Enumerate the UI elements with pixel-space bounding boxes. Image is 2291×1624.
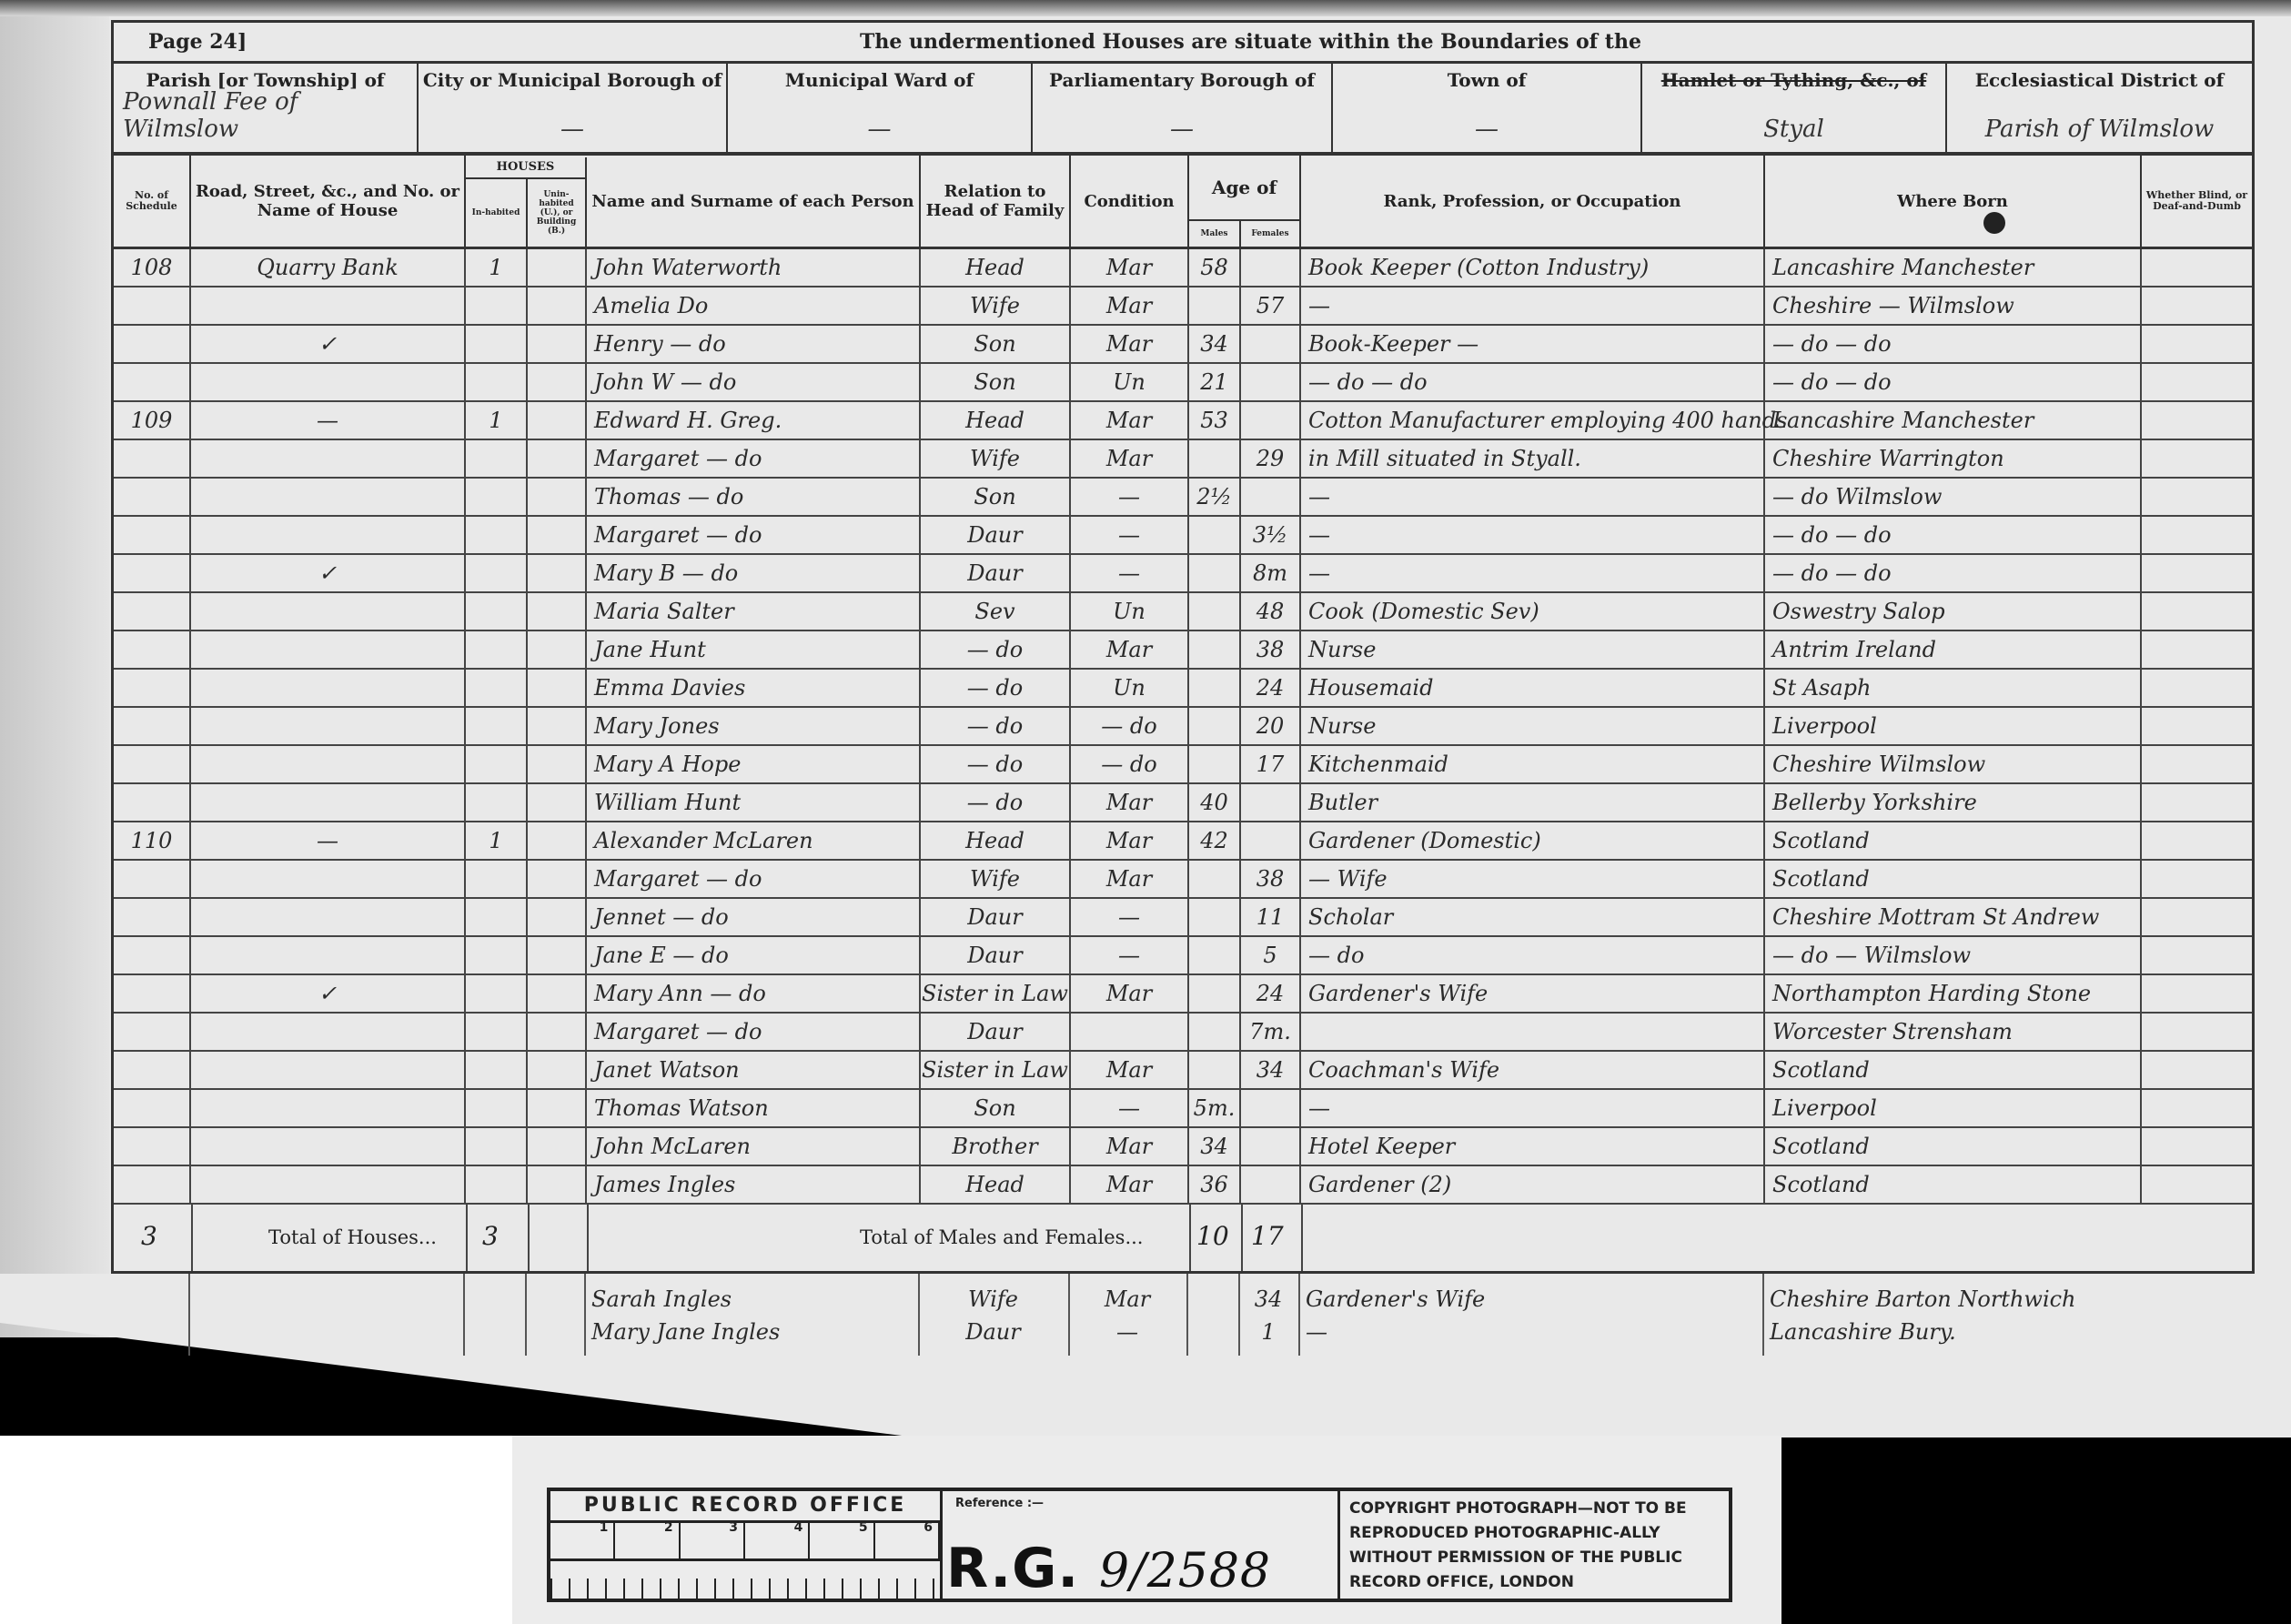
cell-born: Liverpool: [1765, 1090, 2142, 1126]
table-row: Thomas — doSon—2½—— do Wilmslow: [114, 479, 2252, 517]
cell-name: Mary B — do: [587, 555, 921, 591]
cell-schedule: [114, 1166, 191, 1203]
cell-road: [191, 708, 466, 744]
cell-born: — do — do: [1765, 555, 2142, 591]
office-name: PUBLIC RECORD OFFICE: [550, 1491, 943, 1523]
table-row: Emma Davies— doUn24HousemaidSt Asaph: [114, 670, 2252, 708]
cell-inhabited: [466, 440, 528, 477]
cell-inhabited: [466, 1014, 528, 1050]
cell-inhabited: [466, 937, 528, 973]
cell-name: Mary Jane Ingles: [584, 1314, 918, 1350]
cell-born: Antrim Ireland: [1765, 631, 2142, 668]
cell-occupation: Gardener (Domestic): [1301, 822, 1765, 859]
cell-male-age: [1189, 975, 1241, 1012]
blank-area: [0, 1436, 514, 1624]
cell-inhabited: [466, 1166, 528, 1203]
cell-relation: Sister in Law: [921, 975, 1071, 1012]
cell-male-age: [1189, 440, 1241, 477]
cell-road: [191, 364, 466, 400]
table-row: ✓Mary Ann — doSister in LawMar24Gardener…: [114, 975, 2252, 1014]
borough-value: —: [428, 116, 717, 143]
cell-condition: Mar: [1071, 287, 1189, 324]
cell-uninhabited: [528, 479, 587, 515]
cell-inhabited: [466, 861, 528, 897]
column-header-row: No. of Schedule Road, Street, &c., and N…: [114, 156, 2252, 249]
cell-female-age: [1241, 1090, 1301, 1126]
cell-male-age: [1189, 1052, 1241, 1088]
cell-female-age: 3½: [1241, 517, 1301, 553]
cell-name: Edward H. Greg.: [587, 402, 921, 439]
cell-uninhabited: [528, 746, 587, 782]
cell-male-age: 5m.: [1189, 1090, 1241, 1126]
town-label: Town of: [1333, 70, 1640, 90]
cell-condition: —: [1068, 1314, 1186, 1350]
cell-female-age: 48: [1241, 593, 1301, 630]
cell-uninhabited: [528, 670, 587, 706]
table-row: Margaret — doWifeMar38— WifeScotland: [114, 861, 2252, 899]
cell-condition: Mar: [1071, 784, 1189, 821]
town-cell: Town of —: [1333, 61, 1642, 152]
cell-condition: Mar: [1071, 1052, 1189, 1088]
cell-male-age: 36: [1189, 1166, 1241, 1203]
cell-relation: Daur: [918, 1314, 1068, 1350]
cell-condition: Mar: [1071, 1166, 1189, 1203]
cell-born: Cheshire — Wilmslow: [1765, 287, 2142, 324]
cell-condition: —: [1071, 899, 1189, 935]
column-rule: [188, 1274, 190, 1356]
col-schedule: No. of Schedule: [114, 156, 191, 247]
cell-female-age: [1241, 1166, 1301, 1203]
cell-male-age: 2½: [1189, 479, 1241, 515]
cell-born: Scotland: [1765, 1166, 2142, 1203]
cell-uninhabited: [528, 631, 587, 668]
cell-schedule: [114, 631, 191, 668]
cell-relation: Son: [921, 1090, 1071, 1126]
cell-name: James Ingles: [587, 1166, 921, 1203]
females-total: 17: [1251, 1221, 1284, 1251]
cell-born: Scotland: [1765, 1128, 2142, 1165]
cell-schedule: [114, 440, 191, 477]
cell-condition: Mar: [1071, 861, 1189, 897]
cell-name: Jane E — do: [587, 937, 921, 973]
cell-relation: Son: [921, 479, 1071, 515]
cell-blind: [2142, 1166, 2252, 1203]
cell-uninhabited: [528, 822, 587, 859]
reference-value: R.G. 9/2588: [946, 1537, 1271, 1600]
cell-occupation: —: [1298, 1314, 1762, 1350]
cell-inhabited: [466, 708, 528, 744]
table-row: Margaret — doWifeMar29in Mill situated i…: [114, 440, 2252, 479]
col-males: Males: [1189, 221, 1241, 247]
cell-name: John Waterworth: [587, 249, 921, 286]
cell-road: [191, 937, 466, 973]
col-occupation: Rank, Profession, or Occupation: [1301, 156, 1765, 247]
cell-occupation: Book-Keeper —: [1301, 326, 1765, 362]
cell-male-age: 34: [1189, 1128, 1241, 1165]
cell-female-age: 11: [1241, 899, 1301, 935]
cell-blind: [2142, 1014, 2252, 1050]
cell-female-age: 57: [1241, 287, 1301, 324]
cell-blind: [2142, 861, 2252, 897]
cell-born: Liverpool: [1765, 708, 2142, 744]
cell-occupation: —: [1301, 1090, 1765, 1126]
table-row: Mary Jones— do— do20NurseLiverpool: [114, 708, 2252, 746]
cell-occupation: Cotton Manufacturer employing 400 hands: [1301, 402, 1765, 439]
col-blind: Whether Blind, or Deaf-and-Dumb: [2142, 156, 2252, 247]
cell-relation: — do: [921, 670, 1071, 706]
cell-uninhabited: [528, 975, 587, 1012]
cell-road: [191, 440, 466, 477]
cell-female-age: [1241, 822, 1301, 859]
cell-inhabited: 1: [466, 402, 528, 439]
cell-road: [191, 670, 466, 706]
cell-male-age: [1189, 708, 1241, 744]
table-row: Margaret — doDaur7m.Worcester Strensham: [114, 1014, 2252, 1052]
column-rule: [1298, 1274, 1300, 1356]
cell-female-age: [1241, 326, 1301, 362]
cell-relation: Daur: [921, 937, 1071, 973]
cell-male-age: 42: [1189, 822, 1241, 859]
cell-occupation: — Wife: [1301, 861, 1765, 897]
borough-cell: City or Municipal Borough of —: [419, 61, 728, 152]
cell-female-age: [1241, 479, 1301, 515]
ward-cell: Municipal Ward of —: [728, 61, 1033, 152]
cell-male-age: [1189, 555, 1241, 591]
cell-name: Alexander McLaren: [587, 822, 921, 859]
cell-schedule: [114, 555, 191, 591]
cell-blind: [2142, 593, 2252, 630]
cell-schedule: [114, 899, 191, 935]
cell-road: [191, 1014, 466, 1050]
cell-occupation: Nurse: [1301, 708, 1765, 744]
col-condition: Condition: [1071, 156, 1189, 247]
cell-relation: Head: [921, 822, 1071, 859]
cell-inhabited: [466, 517, 528, 553]
cell-female-age: 20: [1241, 708, 1301, 744]
cell-blind: [2142, 440, 2252, 477]
cell-name: Margaret — do: [587, 861, 921, 897]
cell-relation: Head: [921, 1166, 1071, 1203]
col-road: Road, Street, &c., and No. or Name of Ho…: [191, 156, 466, 247]
cell-blind: [2142, 249, 2252, 286]
cell-schedule: [114, 861, 191, 897]
cell-road: [191, 784, 466, 821]
totals-row: 3 Total of Houses... 3 Total of Males an…: [114, 1205, 2252, 1271]
cell-uninhabited: [528, 364, 587, 400]
cell-male-age: [1189, 861, 1241, 897]
cell-born: Lancashire Bury.: [1762, 1314, 2139, 1350]
cell-occupation: Hotel Keeper: [1301, 1128, 1765, 1165]
table-row: Margaret — doDaur—3½—— do — do: [114, 517, 2252, 555]
cell-name: Margaret — do: [587, 517, 921, 553]
cell-name: John W — do: [587, 364, 921, 400]
cell-male-age: [1189, 631, 1241, 668]
table-row: Jennet — doDaur—11ScholarCheshire Mottra…: [114, 899, 2252, 937]
table-row: John W — doSonUn21— do — do— do — do: [114, 364, 2252, 402]
cell-born: — do — do: [1765, 517, 2142, 553]
cell-female-age: 34: [1238, 1281, 1298, 1317]
cell-inhabited: [466, 975, 528, 1012]
cell-occupation: Housemaid: [1301, 670, 1765, 706]
cell-female-age: 1: [1238, 1314, 1298, 1350]
cell-occupation: Gardener (2): [1301, 1166, 1765, 1203]
cell-occupation: — do: [1301, 937, 1765, 973]
cell-blind: [2142, 402, 2252, 439]
cell-name: John McLaren: [587, 1128, 921, 1165]
cell-blind: [2142, 364, 2252, 400]
cell-male-age: [1186, 1314, 1238, 1350]
col-inhabited: In-habited: [466, 179, 528, 247]
cell-relation: Head: [921, 249, 1071, 286]
cell-inhabited: [466, 631, 528, 668]
column-rule: [584, 1274, 586, 1356]
cell-occupation: Gardener's Wife: [1301, 975, 1765, 1012]
table-row: William Hunt— doMar40ButlerBellerby York…: [114, 784, 2252, 822]
cell-female-age: [1241, 784, 1301, 821]
cell-uninhabited: [528, 517, 587, 553]
parish-value: Pownall Fee of Wilmslow: [123, 88, 408, 143]
cell-occupation: — do — do: [1301, 364, 1765, 400]
cell-female-age: 24: [1241, 670, 1301, 706]
cell-female-age: [1241, 364, 1301, 400]
cell-inhabited: [466, 1128, 528, 1165]
cell-condition: Mar: [1071, 1128, 1189, 1165]
cell-born: Lancashire Manchester: [1765, 402, 2142, 439]
cell-inhabited: [466, 1090, 528, 1126]
public-record-office-stamp: PUBLIC RECORD OFFICE 1 2 3 4 5 6 Referen…: [512, 1436, 1781, 1624]
cell-schedule: [114, 1090, 191, 1126]
place-header-row: Parish [or Township] of Pownall Fee of W…: [114, 61, 2252, 156]
cell-uninhabited: [528, 326, 587, 362]
stamp-frame: PUBLIC RECORD OFFICE 1 2 3 4 5 6 Referen…: [547, 1488, 1732, 1602]
cell-male-age: [1189, 1014, 1241, 1050]
cell-born: Worcester Strensham: [1765, 1014, 2142, 1050]
cell-occupation: Butler: [1301, 784, 1765, 821]
ruler-ticks: [550, 1558, 943, 1599]
parliamentary-label: Parliamentary Borough of: [1033, 70, 1331, 90]
parish-cell: Parish [or Township] of Pownall Fee of W…: [114, 61, 419, 152]
cell-uninhabited: [528, 287, 587, 324]
table-row: 109—1Edward H. Greg.HeadMar53Cotton Manu…: [114, 402, 2252, 440]
cell-name: Maria Salter: [587, 593, 921, 630]
cell-road: —: [191, 402, 466, 439]
cell-name: Mary Jones: [587, 708, 921, 744]
cell-relation: Brother: [921, 1128, 1071, 1165]
cell-male-age: [1189, 670, 1241, 706]
cell-name: Jane Hunt: [587, 631, 921, 668]
col-relation: Relation to Head of Family: [921, 156, 1071, 247]
cell-born: — do — do: [1765, 326, 2142, 362]
table-row: Thomas WatsonSon—5m.—Liverpool: [114, 1090, 2252, 1128]
cell-uninhabited: [528, 708, 587, 744]
cell-relation: Son: [921, 364, 1071, 400]
cell-occupation: Gardener's Wife: [1298, 1281, 1762, 1317]
cell-name: Margaret — do: [587, 440, 921, 477]
persons-total-label: Total of Males and Females...: [860, 1226, 1143, 1248]
cell-relation: — do: [921, 631, 1071, 668]
parish-label: Parish [or Township] of: [114, 70, 417, 90]
cell-female-age: 17: [1241, 746, 1301, 782]
ruler-scale: 1 2 3 4 5 6: [550, 1520, 943, 1561]
table-row: Amelia DoWifeMar57—Cheshire — Wilmslow: [114, 287, 2252, 326]
cell-male-age: 58: [1189, 249, 1241, 286]
cell-schedule: [114, 326, 191, 362]
cell-schedule: [114, 784, 191, 821]
cell-relation: Sister in Law: [921, 1052, 1071, 1088]
cell-relation: — do: [921, 784, 1071, 821]
cell-blind: [2142, 1128, 2252, 1165]
cell-blind: [2142, 822, 2252, 859]
cell-occupation: —: [1301, 517, 1765, 553]
hamlet-cell: Hamlet or Tything, &c., of Styal: [1642, 61, 1947, 152]
table-row: 110—1Alexander McLarenHeadMar42Gardener …: [114, 822, 2252, 861]
cell-relation: — do: [921, 708, 1071, 744]
cell-condition: Mar: [1071, 440, 1189, 477]
cell-relation: Wife: [921, 861, 1071, 897]
ecclesiastical-cell: Ecclesiastical District of Parish of Wil…: [1947, 61, 2252, 152]
cell-road: [191, 631, 466, 668]
cell-schedule: [114, 975, 191, 1012]
cell-condition: —: [1071, 937, 1189, 973]
ward-value: —: [737, 116, 1022, 143]
cell-blind: [2142, 708, 2252, 744]
cell-blind: [2142, 287, 2252, 324]
cell-road: [191, 1090, 466, 1126]
cell-name: Amelia Do: [587, 287, 921, 324]
cell-name: Mary Ann — do: [587, 975, 921, 1012]
cell-born: — do Wilmslow: [1765, 479, 2142, 515]
schedule-total: 3: [141, 1221, 157, 1251]
cell-occupation: [1301, 1014, 1765, 1050]
cell-uninhabited: [528, 440, 587, 477]
reference-number: 9/2588: [1099, 1544, 1271, 1599]
cell-born: Scotland: [1765, 822, 2142, 859]
houses-total-value: 3: [482, 1221, 499, 1251]
col-houses: HOUSES: [466, 157, 587, 179]
cell-uninhabited: [528, 555, 587, 591]
cell-occupation: Nurse: [1301, 631, 1765, 668]
cell-born: Northampton Harding Stone: [1765, 975, 2142, 1012]
cell-male-age: 34: [1189, 326, 1241, 362]
column-rule: [1068, 1274, 1070, 1356]
cell-female-age: [1241, 1128, 1301, 1165]
table-row: Maria SalterSevUn48Cook (Domestic Sev)Os…: [114, 593, 2252, 631]
cell-condition: Mar: [1071, 326, 1189, 362]
cell-condition: Un: [1071, 593, 1189, 630]
cell-schedule: 108: [114, 249, 191, 286]
cell-born: Cheshire Wilmslow: [1765, 746, 2142, 782]
cell-name: Henry — do: [587, 326, 921, 362]
cell-occupation: Kitchenmaid: [1301, 746, 1765, 782]
form-title-bar: Page 24] The undermentioned Houses are s…: [114, 23, 2252, 64]
reference-label: Reference :—: [955, 1497, 1044, 1510]
cell-road: ✓: [191, 326, 466, 362]
cell-inhabited: [466, 364, 528, 400]
cell-schedule: [114, 287, 191, 324]
table-row: ✓Henry — doSonMar34Book-Keeper —— do — d…: [114, 326, 2252, 364]
cell-condition: Un: [1071, 364, 1189, 400]
cell-born: Cheshire Warrington: [1765, 440, 2142, 477]
col-uninhabited: Unin-habited (U.), or Building (B.): [528, 179, 587, 247]
cell-schedule: [114, 1128, 191, 1165]
cell-condition: — do: [1071, 708, 1189, 744]
cell-inhabited: [466, 746, 528, 782]
cell-uninhabited: [528, 861, 587, 897]
column-rule: [463, 1274, 465, 1356]
cell-uninhabited: [528, 1052, 587, 1088]
parliamentary-value: —: [1042, 116, 1322, 143]
cell-occupation: Scholar: [1301, 899, 1765, 935]
cell-blind: [2142, 784, 2252, 821]
cell-uninhabited: [528, 402, 587, 439]
ecclesiastical-value: Parish of Wilmslow: [1956, 116, 2243, 143]
cell-inhabited: [466, 287, 528, 324]
cell-uninhabited: [528, 784, 587, 821]
cell-relation: Wife: [918, 1281, 1068, 1317]
cell-blind: [2142, 937, 2252, 973]
cell-condition: [1071, 1014, 1189, 1050]
cell-male-age: [1189, 937, 1241, 973]
cell-blind: [2142, 555, 2252, 591]
males-total: 10: [1196, 1221, 1229, 1251]
cell-inhabited: [466, 479, 528, 515]
cell-occupation: —: [1301, 479, 1765, 515]
cell-male-age: [1189, 287, 1241, 324]
hamlet-value: Styal: [1651, 116, 1936, 143]
cell-blind: [2142, 326, 2252, 362]
cell-condition: — do: [1071, 746, 1189, 782]
page-number: Page 24]: [148, 30, 247, 54]
cell-male-age: [1189, 517, 1241, 553]
cell-inhabited: 1: [466, 249, 528, 286]
column-rule: [525, 1274, 527, 1356]
cell-female-age: 7m.: [1241, 1014, 1301, 1050]
col-females: Females: [1241, 221, 1301, 247]
cell-male-age: [1189, 593, 1241, 630]
column-rule: [1238, 1274, 1240, 1356]
cell-schedule: [114, 593, 191, 630]
col-where-born: Where Born: [1765, 156, 2142, 247]
cell-road: [191, 1052, 466, 1088]
cell-inhabited: [466, 784, 528, 821]
cell-inhabited: [466, 899, 528, 935]
reference-prefix: R.G.: [946, 1537, 1079, 1600]
cell-occupation: Cook (Domestic Sev): [1301, 593, 1765, 630]
cell-born: Cheshire Barton Northwich: [1762, 1281, 2139, 1317]
column-rule: [1186, 1274, 1188, 1356]
cell-blind: [2142, 670, 2252, 706]
cell-male-age: [1189, 746, 1241, 782]
borough-label: City or Municipal Borough of: [419, 70, 726, 90]
cell-occupation: —: [1301, 555, 1765, 591]
cell-born: St Asaph: [1765, 670, 2142, 706]
column-rule: [1762, 1274, 1764, 1356]
cell-condition: Mar: [1071, 822, 1189, 859]
cell-inhabited: [466, 326, 528, 362]
cell-road: —: [191, 822, 466, 859]
houses-total-label: Total of Houses...: [268, 1226, 437, 1248]
table-row: John McLarenBrotherMar34Hotel KeeperScot…: [114, 1128, 2252, 1166]
census-form: Page 24] The undermentioned Houses are s…: [111, 20, 2255, 1274]
cell-schedule: [114, 517, 191, 553]
cell-uninhabited: [528, 937, 587, 973]
cell-born: Lancashire Manchester: [1765, 249, 2142, 286]
cell-male-age: 21: [1189, 364, 1241, 400]
cell-name: Mary A Hope: [587, 746, 921, 782]
cell-born: Cheshire Mottram St Andrew: [1765, 899, 2142, 935]
cell-female-age: 38: [1241, 861, 1301, 897]
cell-uninhabited: [528, 1014, 587, 1050]
